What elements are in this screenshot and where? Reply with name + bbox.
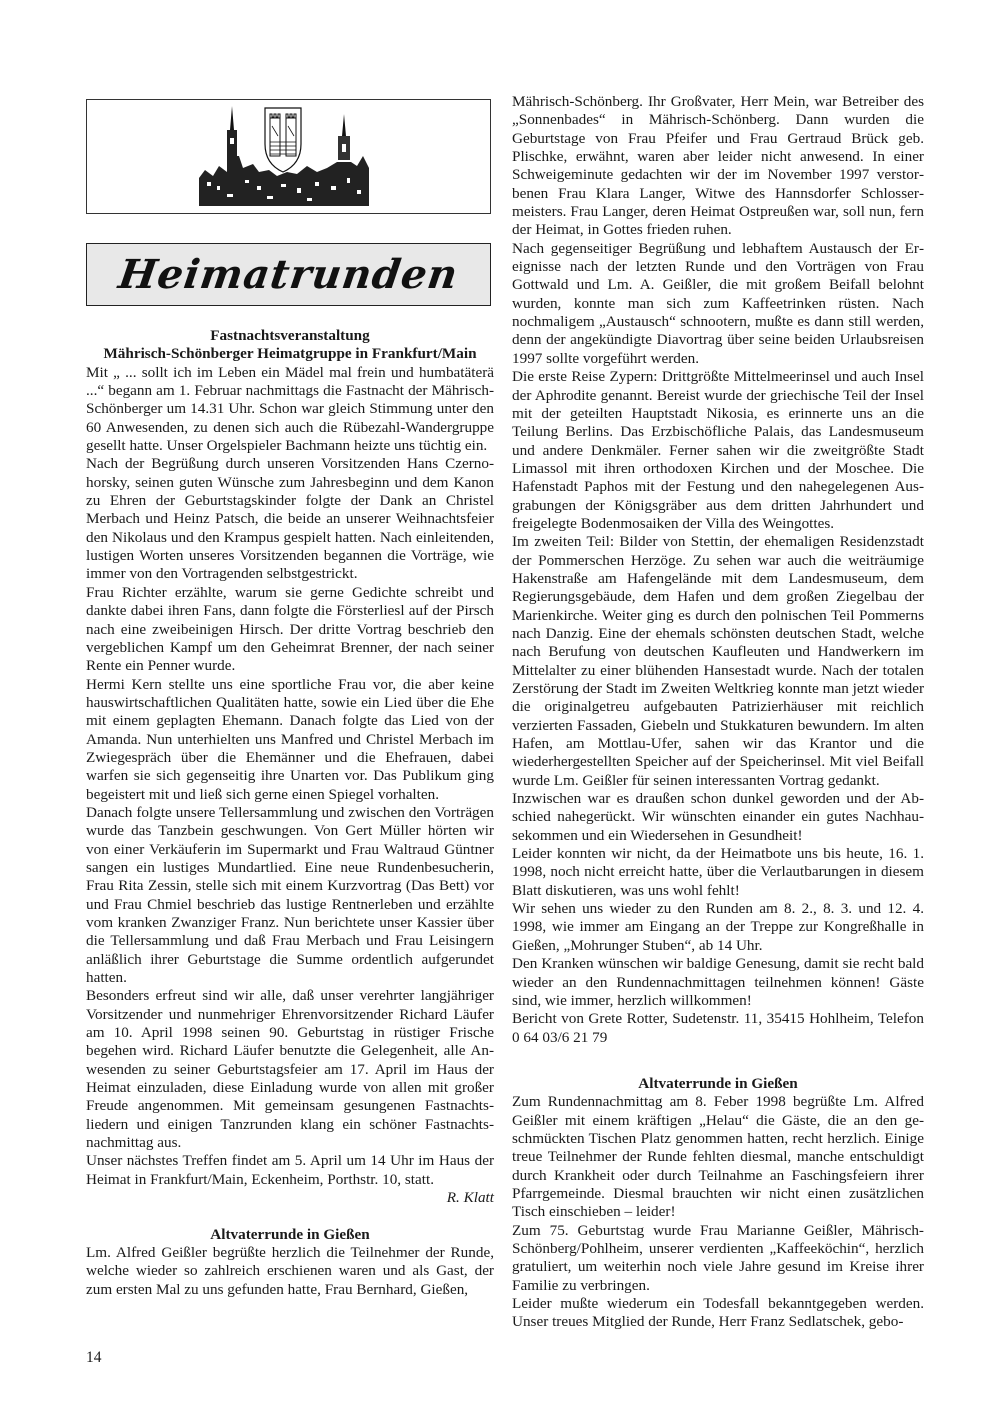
paragraph: Zum Rundennachmittag am 8. Feber 1998 be…: [512, 1093, 924, 1221]
left-column: Fastnachtsveranstaltung Mährisch-Schönbe…: [86, 327, 494, 1299]
section-title-box: Heimatrunden: [86, 243, 491, 306]
paragraph: Mährisch-Schönberg. Ihr Großvater, Herr …: [512, 93, 924, 240]
paragraph: Den Kranken wünschen wir baldige Genesun…: [512, 955, 924, 1010]
paragraph: Leider mußte wiederum ein Todesfall beka…: [512, 1295, 924, 1332]
article-heading: Altvaterrunde in Gießen: [86, 1226, 494, 1244]
section-title: Heimatrunden: [116, 251, 462, 298]
page-number: 14: [86, 1349, 102, 1367]
author-signature: R. Klatt: [86, 1189, 494, 1207]
paragraph: Lm. Alfred Geißler begrüßte herzlich die…: [86, 1244, 494, 1299]
paragraph: Mit „ ... sollt ich im Leben ein Mädel m…: [86, 364, 494, 456]
spacer: [86, 1208, 494, 1226]
article-heading: Fastnachtsveranstaltung: [86, 327, 494, 345]
town-skyline-icon: [197, 106, 377, 210]
paragraph: Hermi Kern stellte uns eine sportliche F…: [86, 676, 494, 804]
paragraph: Die erste Reise Zypern: Drittgrößte Mitt…: [512, 368, 924, 533]
paragraph: Bericht von Grete Rotter, Sudetenstr. 11…: [512, 1010, 924, 1047]
paragraph: Nach der Begrüßung durch unseren Vorsitz…: [86, 455, 494, 583]
paragraph: Zum 75. Geburtstag wurde Frau Marianne G…: [512, 1222, 924, 1295]
article-subheading: Mährisch-Schönberger Heimatgruppe in Fra…: [86, 345, 494, 363]
paragraph: Leider konnten wir nicht, da der Heimatb…: [512, 845, 924, 900]
paragraph: Frau Richter erzählte, warum sie gerne G…: [86, 584, 494, 676]
spacer: [512, 1047, 924, 1075]
article-heading: Altvaterrunde in Gießen: [512, 1075, 924, 1093]
paragraph: Besonders erfreut sind wir alle, daß uns…: [86, 987, 494, 1152]
skyline-banner: [86, 99, 491, 214]
paragraph: Inzwischen war es draußen schon dunkel g…: [512, 790, 924, 845]
paragraph: Im zweiten Teil: Bilder von Stettin, der…: [512, 533, 924, 790]
paragraph: Nach gegenseitiger Begrüßung und lebhaft…: [512, 240, 924, 368]
paragraph: Unser nächstes Treffen findet am 5. Apri…: [86, 1152, 494, 1189]
right-column: Mährisch-Schönberg. Ihr Großvater, Herr …: [512, 93, 924, 1332]
paragraph: Wir sehen uns wieder zu den Runden am 8.…: [512, 900, 924, 955]
paragraph: Danach folgte unsere Tellersammlung und …: [86, 804, 494, 987]
